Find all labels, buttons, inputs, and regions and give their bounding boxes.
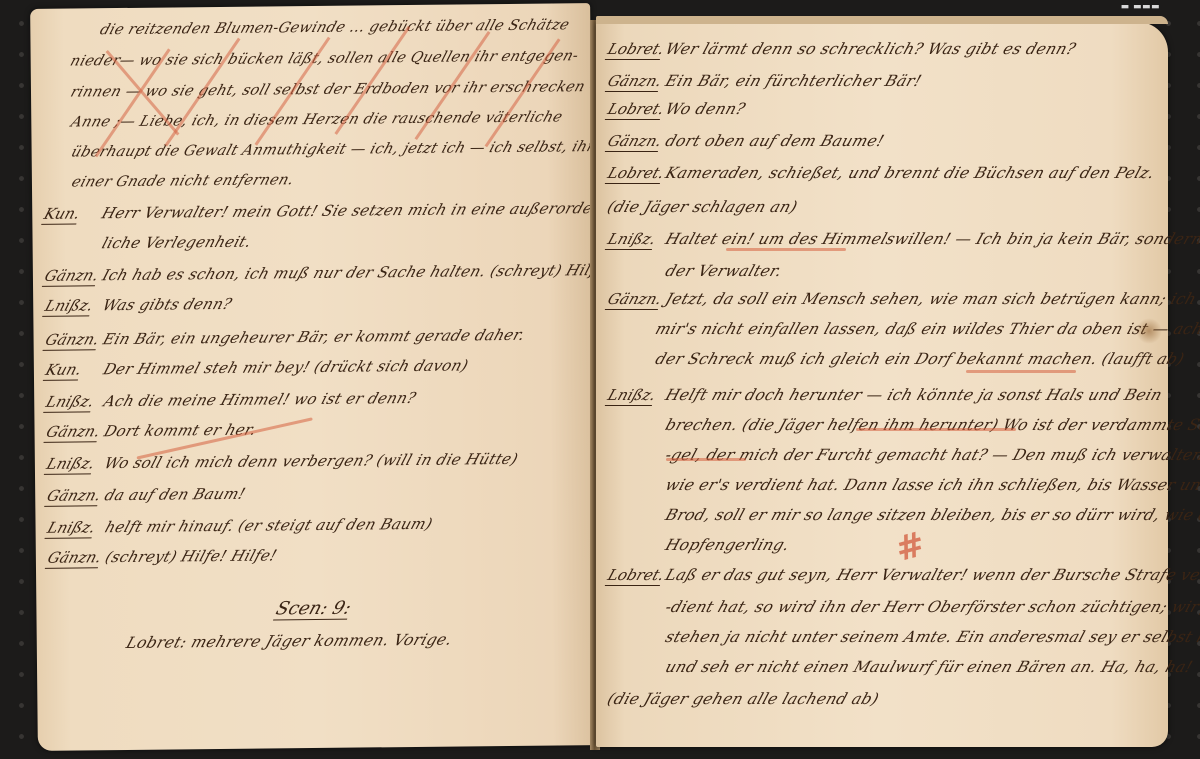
manuscript-line: -gel, der mich der Furcht gemacht hat? —… bbox=[663, 446, 1200, 464]
manuscript-line: liche Verlegenheit. bbox=[100, 233, 254, 253]
speaker-label: Gänzn. bbox=[45, 548, 104, 569]
speaker-label: Gänzn. bbox=[605, 132, 664, 152]
manuscript-line: Der Himmel steh mir bey! (drückt sich da… bbox=[101, 356, 471, 378]
scene-cast-line: Lobret: mehrere Jäger kommen. Vorige. bbox=[124, 631, 455, 652]
speaker-label: Lnißz. bbox=[605, 230, 659, 250]
speaker-label: Gänzn. bbox=[42, 330, 101, 351]
speaker-label: Lnißz. bbox=[605, 386, 659, 406]
manuscript-line: (die Jäger schlagen an) bbox=[605, 198, 800, 216]
manuscript-line: wie er's verdient hat. Dann lasse ich ih… bbox=[663, 476, 1200, 494]
speaker-label: Lnißz. bbox=[43, 392, 96, 413]
red-strike-line bbox=[726, 248, 846, 251]
manuscript-line: Ich hab es schon, ich muß nur der Sache … bbox=[100, 260, 664, 284]
manuscript-line: Wo denn? bbox=[663, 100, 748, 118]
manuscript-line: Herr Verwalter! mein Gott! Sie setzen mi… bbox=[99, 199, 616, 222]
speaker-label: Kun. bbox=[43, 360, 84, 380]
speaker-label: Gänzn. bbox=[42, 266, 101, 287]
manuscript-line: der Schreck muß ich gleich ein Dorf beka… bbox=[653, 350, 1187, 368]
right-page: Lobret.Wer lärmt denn so schrecklich? Wa… bbox=[596, 22, 1168, 747]
manuscript-line: Was gibts denn? bbox=[100, 295, 234, 314]
speaker-label: Gänzn. bbox=[605, 72, 664, 92]
manuscript-line: Ein Bär, ein fürchterlicher Bär! bbox=[663, 72, 924, 90]
speaker-label: Gänzn. bbox=[44, 486, 103, 507]
red-hash-mark: # bbox=[891, 524, 929, 570]
speaker-label: Lnißz. bbox=[44, 518, 97, 539]
manuscript-line: stehen ja nicht unter seinem Amte. Ein a… bbox=[663, 628, 1200, 646]
manuscript-line: (die Jäger gehen alle lachend ab) bbox=[605, 690, 881, 708]
manuscript-line: Kameraden, schießet, und brennt die Büch… bbox=[663, 164, 1157, 182]
manuscript-line: Hopfengerling. bbox=[663, 536, 792, 554]
ink-stain bbox=[1136, 318, 1162, 344]
red-strike-line bbox=[856, 428, 1016, 431]
speaker-label: Lnißz. bbox=[42, 296, 95, 317]
speaker-label: Lobret. bbox=[605, 40, 667, 60]
manuscript-line: Haltet ein! um des Himmelswillen! — Ich … bbox=[663, 230, 1200, 248]
manuscript-line: überhaupt die Gewalt Anmuthigkeit — ich,… bbox=[69, 138, 680, 160]
page-edge bbox=[596, 16, 1168, 24]
manuscript-line: Ach die meine Himmel! wo ist er denn? bbox=[101, 389, 418, 410]
manuscript-line: nieder— wo sie sich bücken läßt, sollen … bbox=[68, 48, 580, 69]
manuscript-line: (schreyt) Hilfe! Hilfe! bbox=[103, 546, 279, 566]
manuscript-line: dort oben auf dem Baume! bbox=[663, 132, 887, 150]
speaker-label: Lobret. bbox=[605, 164, 667, 184]
manuscript-line: da auf den Baum! bbox=[102, 485, 247, 505]
speaker-label: Kun. bbox=[41, 204, 82, 224]
red-strike-line bbox=[966, 370, 1076, 373]
speaker-label: Lobret. bbox=[605, 100, 667, 120]
manuscript-line: der Verwalter. bbox=[663, 262, 784, 280]
manuscript-line: Wer lärmt denn so schrecklich? Was gibt … bbox=[663, 40, 1078, 58]
manuscript-line: brechen. (die Jäger helfen ihm herunter)… bbox=[663, 416, 1200, 434]
red-strike-line bbox=[666, 458, 746, 461]
speaker-label: Lobret. bbox=[605, 566, 667, 586]
speaker-label: Gänzn. bbox=[605, 290, 664, 310]
manuscript-line: und seh er nicht einen Maulwurf für eine… bbox=[663, 658, 1195, 676]
corner-label: ▬ ▬▬▬ bbox=[1121, 2, 1160, 12]
speaker-label: Gänzn. bbox=[43, 422, 102, 443]
speaker-label: Lnißz. bbox=[44, 454, 97, 475]
manuscript-line: Ein Bär, ein ungeheurer Bär, er kommt ge… bbox=[101, 326, 528, 348]
scene-heading: Scen: 9: bbox=[273, 598, 354, 621]
manuscript-line: Brod, soll er mir so lange sitzen bleibe… bbox=[663, 506, 1200, 524]
manuscript-line: Anne ;— Liebe, ich, in diesem Herzen die… bbox=[69, 109, 565, 130]
manuscript-line: die reitzenden Blumen-Gewinde ... gebück… bbox=[98, 17, 572, 38]
manuscript-line: -dient hat, so wird ihn der Herr Oberför… bbox=[663, 598, 1200, 616]
manuscript-line: helft mir hinauf. (er steigt auf den Bau… bbox=[103, 515, 435, 536]
manuscript-line: Jetzt, da soll ein Mensch sehen, wie man… bbox=[663, 290, 1200, 308]
manuscript-line: einer Gnade nicht entfernen. bbox=[69, 172, 296, 190]
manuscript-line: mir's nicht einfallen lassen, daß ein wi… bbox=[653, 320, 1200, 338]
manuscript-line: Helft mir doch herunter — ich könnte ja … bbox=[663, 386, 1164, 404]
left-page: die reitzenden Blumen-Gewinde ... gebück… bbox=[30, 3, 598, 751]
manuscript-line: Laß er das gut seyn, Herr Verwalter! wen… bbox=[663, 566, 1200, 584]
